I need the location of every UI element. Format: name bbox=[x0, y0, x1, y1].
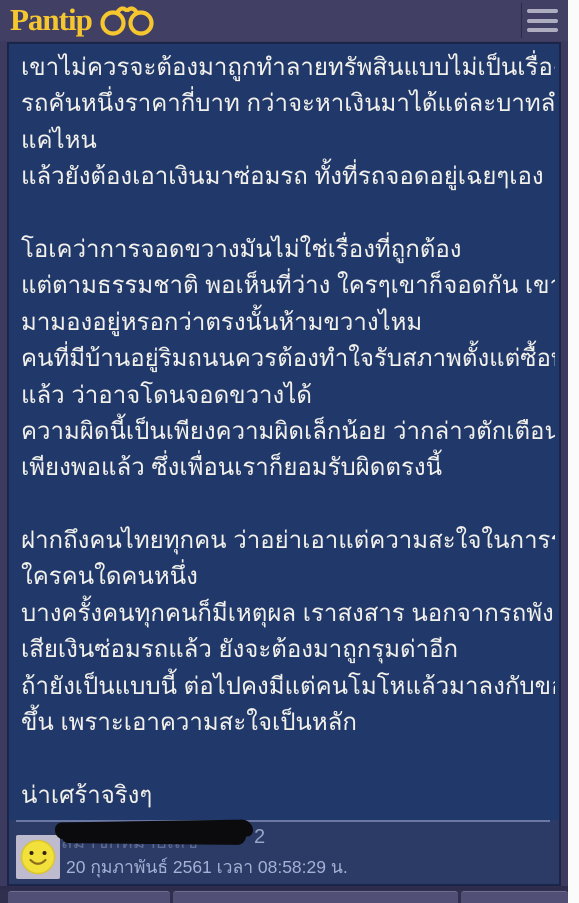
page-right-margin bbox=[568, 0, 579, 903]
menu-button[interactable] bbox=[527, 8, 558, 33]
post-text-line: ขึ้น เพราะเอาความสะใจเป็นหลัก bbox=[21, 705, 555, 741]
redaction-scribble bbox=[62, 829, 246, 845]
author-name-visible-suffix: 2 bbox=[254, 826, 265, 849]
action-button[interactable] bbox=[173, 891, 458, 903]
smiley-icon bbox=[19, 838, 57, 876]
hamburger-icon bbox=[527, 9, 558, 13]
header-divider bbox=[521, 3, 522, 38]
post-text-line bbox=[21, 487, 555, 523]
post-text-line: แต่ตามธรรมชาติ พอเห็นที่ว่าง ใครๆเขาก็จอ… bbox=[21, 268, 555, 304]
post-text-line: มามองอยู่หรอกว่าตรงนั้นห้ามขวางไหม bbox=[21, 305, 555, 341]
pantip-glasses-icon bbox=[98, 4, 156, 36]
post-text-line: ใครคนใดคนหนึ่ง bbox=[21, 559, 555, 595]
post-text-line: ความผิดนี้เป็นเพียงความผิดเล็กน้อย ว่ากล… bbox=[21, 414, 555, 450]
post-text-line: ฝากถึงคนไทยทุกคน ว่าอย่าเอาแต่ความสะใจใน… bbox=[21, 523, 555, 559]
post-image[interactable]: เขาไม่ควรจะต้องมาถูกทำลายทรัพสินแบบไม่เป… bbox=[7, 42, 561, 886]
avatar[interactable] bbox=[16, 835, 60, 879]
screenshot-root: Pantip เขาไม่ควรจะต้องมาถูก bbox=[0, 0, 579, 903]
pantip-logo-text: Pantip bbox=[10, 4, 92, 36]
post-text-line: ถ้ายังเป็นแบบนี้ ต่อไปคงมีแต่คนโมโหแล้วม… bbox=[21, 669, 555, 705]
action-button[interactable] bbox=[8, 891, 170, 903]
post-date: 20 กุมภาพันธ์ 2561 เวลา 08:58:29 น. bbox=[66, 853, 348, 881]
post-text-line: รถคันหนึ่งราคากี่บาท กว่าจะหาเงินมาได้แต… bbox=[21, 86, 555, 122]
post-text-line: โอเคว่าการจอดขวางมันไม่ใช่เรื่องที่ถูกต้… bbox=[21, 232, 555, 268]
post-text-line: น่าเศร้าจริงๆ bbox=[21, 778, 555, 814]
pantip-mobile-page: Pantip เขาไม่ควรจะต้องมาถูก bbox=[0, 0, 568, 903]
post-text-line: คนที่มีบ้านอยู่ริมถนนควรต้องทำใจรับสภาพต… bbox=[21, 341, 555, 377]
pantip-logo[interactable]: Pantip bbox=[10, 4, 156, 36]
post-text-line bbox=[21, 741, 555, 777]
post-text-line: เพียงพอแล้ว ซึ่งเพื่อนเราก็ยอมรับผิดตรงน… bbox=[21, 450, 555, 486]
post-text-line: แค่ไหน bbox=[21, 123, 555, 159]
post-text: เขาไม่ควรจะต้องมาถูกทำลายทรัพสินแบบไม่เป… bbox=[21, 50, 555, 814]
post-text-line bbox=[21, 196, 555, 232]
bottom-action-bar bbox=[0, 890, 568, 903]
header-bar: Pantip bbox=[0, 0, 568, 41]
post-text-line: เสียเงินซ่อมรถแล้ว ยังจะต้องมาถูกรุมด่าอ… bbox=[21, 632, 555, 668]
action-button[interactable] bbox=[461, 891, 568, 903]
post-text-line: เขาไม่ควรจะต้องมาถูกทำลายทรัพสินแบบไม่เป… bbox=[21, 50, 555, 86]
post-text-line: แล้ว ว่าอาจโดนจอดขวางได้ bbox=[21, 378, 555, 414]
post-text-line: บางครั้งคนทุกคนก็มีเหตุผล เราสงสาร นอกจา… bbox=[21, 596, 555, 632]
post-text-line: แล้วยังต้องเอาเงินมาซ่อมรถ ทั้งที่รถจอดอ… bbox=[21, 159, 555, 195]
author-footer: สมาชิกหมายเลข 2 20 กุมภาพันธ์ 2561 เวลา … bbox=[9, 820, 559, 884]
